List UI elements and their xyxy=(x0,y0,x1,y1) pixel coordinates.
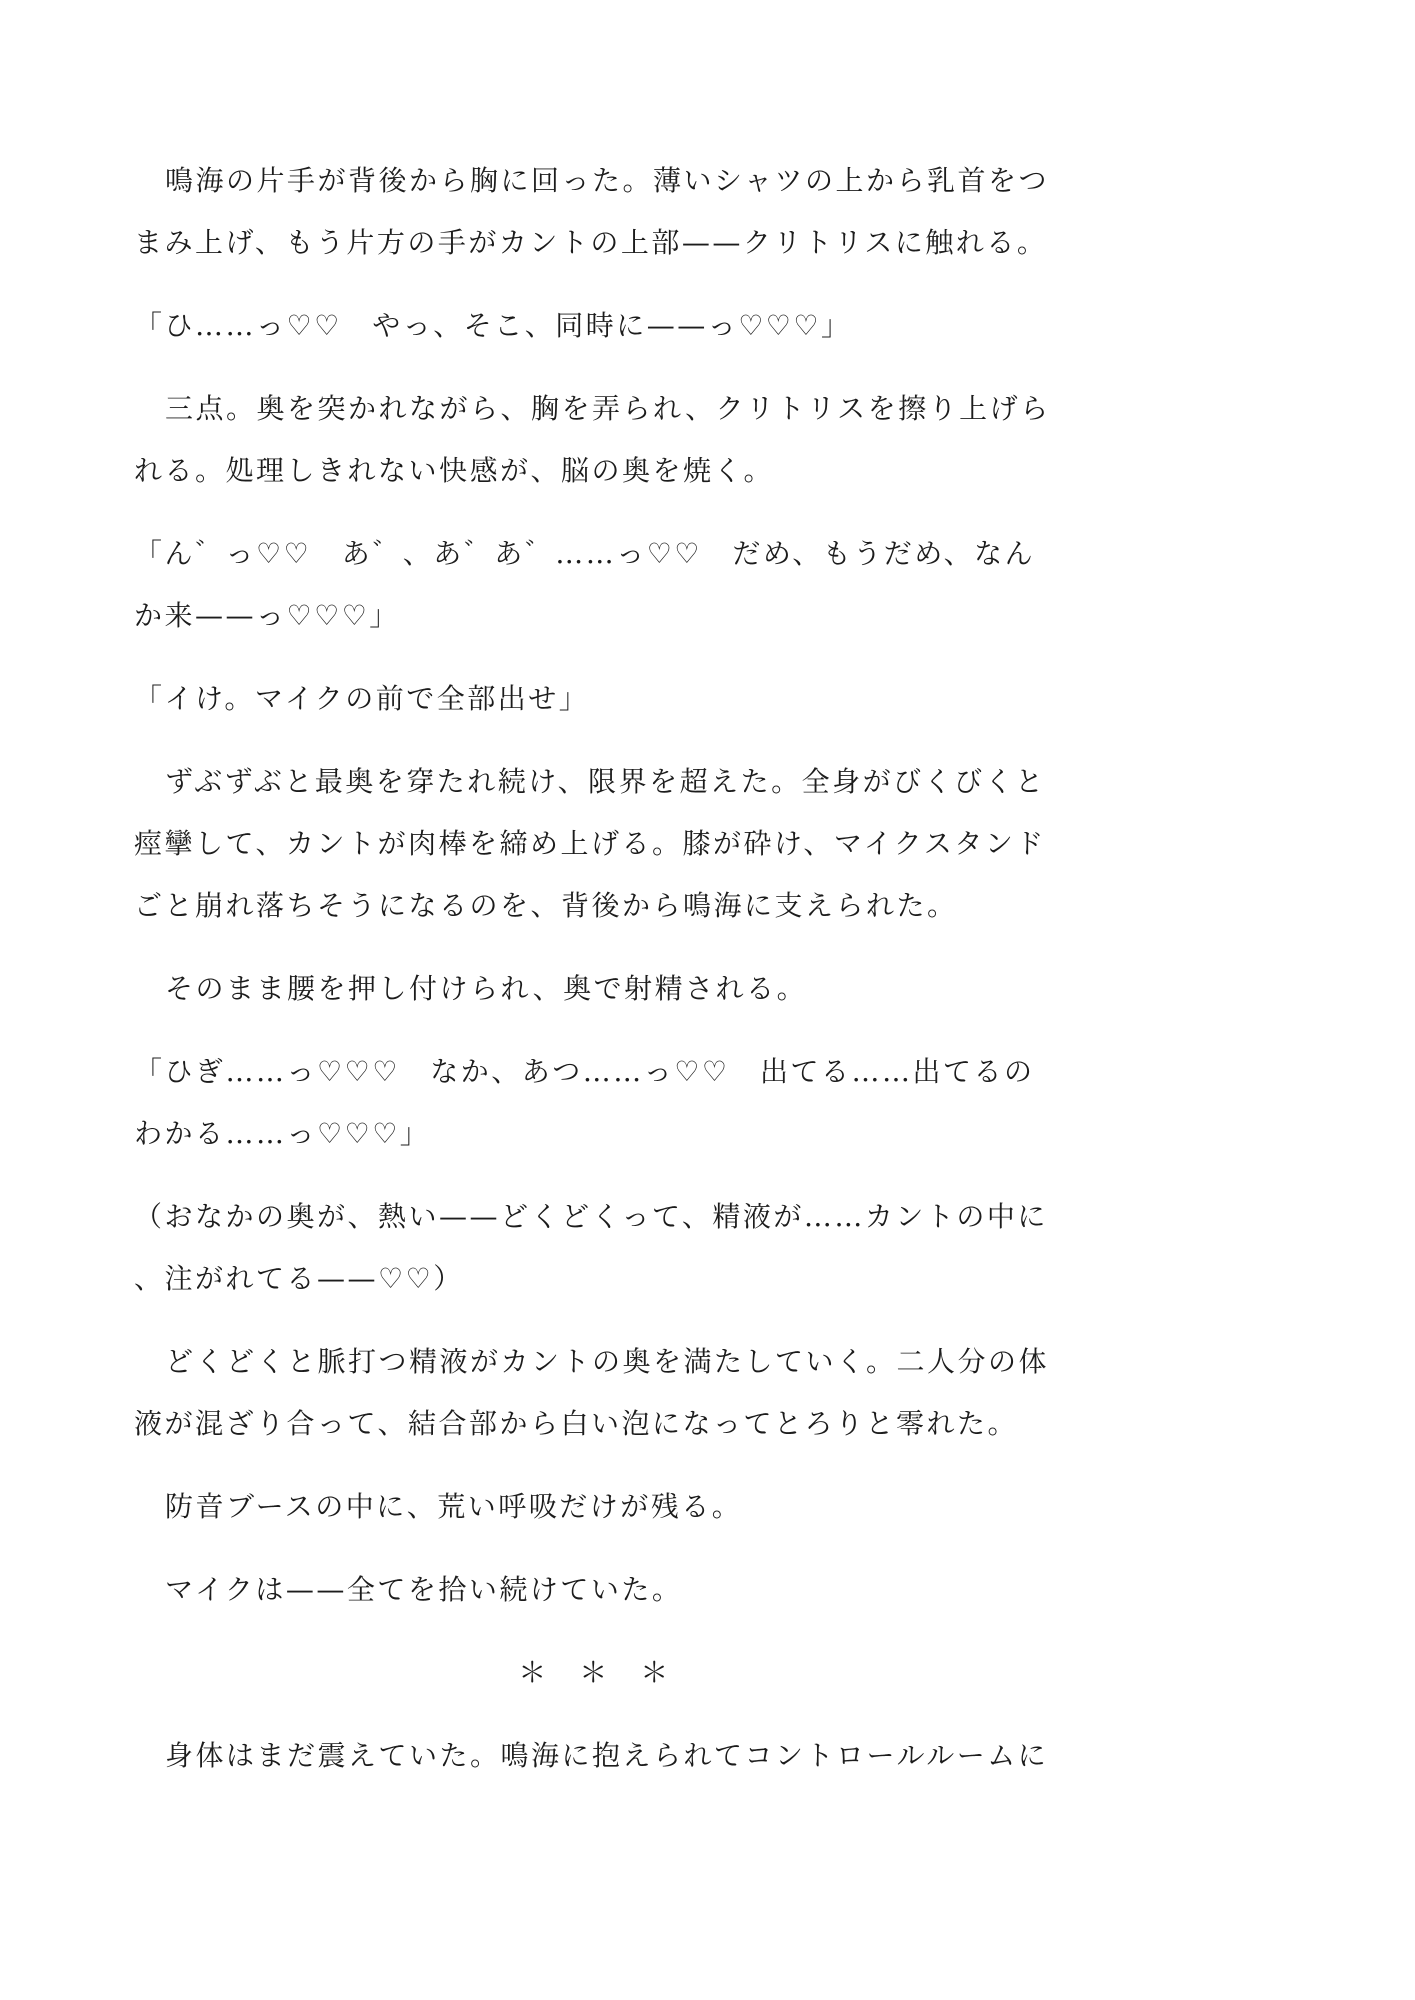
narration-paragraph: どくどくと脈打つ精液がカントの奥を満たしていく。二人分の体液が混ざり合って、結合… xyxy=(134,1331,1055,1455)
dialogue-line: 「イけ。マイクの前で全部出せ」 xyxy=(134,668,1055,730)
dialogue-line: 「ひ……っ♡♡ やっ、そこ、同時に——っ♡♡♡」 xyxy=(134,295,1055,357)
dialogue-line: 「ひぎ……っ♡♡♡ なか、あつ……っ♡♡ 出てる……出てるのわかる……っ♡♡♡」 xyxy=(134,1041,1055,1165)
narration-paragraph: マイクは——全てを拾い続けていた。 xyxy=(134,1559,1055,1621)
dialogue-line: 「ん゛っ♡♡ あ゛、あ゛あ゛……っ♡♡ だめ、もうだめ、なんか来——っ♡♡♡」 xyxy=(134,523,1055,647)
narration-paragraph: 鳴海の片手が背後から胸に回った。薄いシャツの上から乳首をつまみ上げ、もう片方の手… xyxy=(134,150,1055,274)
novel-page: 鳴海の片手が背後から胸に回った。薄いシャツの上から乳首をつまみ上げ、もう片方の手… xyxy=(0,0,1415,2000)
narration-paragraph: 防音ブースの中に、荒い呼吸だけが残る。 xyxy=(134,1476,1055,1538)
narration-paragraph: 身体はまだ震えていた。鳴海に抱えられてコントロールルームに xyxy=(134,1725,1055,1787)
narration-paragraph: 三点。奥を突かれながら、胸を弄られ、クリトリスを擦り上げられる。処理しきれない快… xyxy=(134,378,1055,502)
narration-paragraph: ずぶずぶと最奥を穿たれ続け、限界を超えた。全身がびくびくと痙攣して、カントが肉棒… xyxy=(134,751,1055,937)
text-body: 鳴海の片手が背後から胸に回った。薄いシャツの上から乳首をつまみ上げ、もう片方の手… xyxy=(134,150,1055,1787)
scene-separator: ＊ ＊ ＊ xyxy=(134,1642,1055,1704)
inner-monologue-line: （おなかの奥が、熱い——どくどくって、精液が……カントの中に、注がれてる——♡♡… xyxy=(134,1186,1055,1310)
narration-paragraph: そのまま腰を押し付けられ、奥で射精される。 xyxy=(134,958,1055,1020)
